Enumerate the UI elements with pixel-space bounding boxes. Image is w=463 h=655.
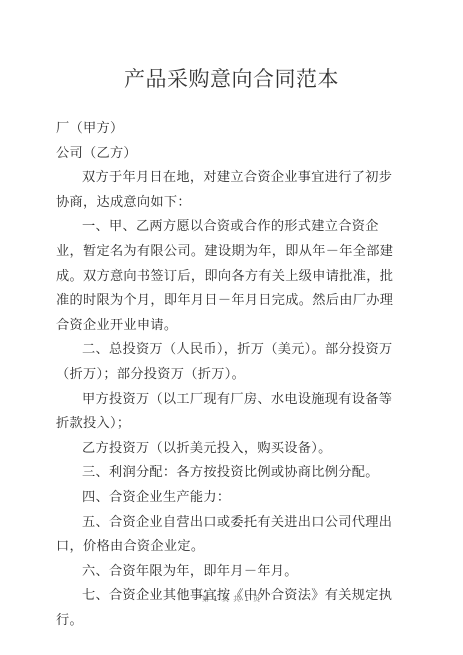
party-a-line: 厂（甲方）	[56, 117, 396, 142]
party-b-line: 公司（乙方）	[56, 142, 396, 167]
document-body: 厂（甲方） 公司（乙方） 双方于年月日在地，对建立合资企业事宜进行了初步协商，达…	[56, 117, 396, 633]
clause-7: 七、合资企业其他事宜按《中外合资法》有关规定执行。	[56, 584, 396, 633]
intro-paragraph: 双方于年月日在地，对建立合资企业事宜进行了初步协商，达成意向如下：	[56, 166, 396, 215]
clause-2: 二、总投资万（人民币），折万（美元）。部分投资万（折万）；部分投资万（折万）。	[56, 338, 396, 387]
document-title: 产品采购意向合同范本	[0, 63, 463, 93]
clause-6: 六、合资年限为年，即年月－年月。	[56, 560, 396, 585]
clause-5: 五、合资企业自营出口或委托有关进出口公司代理出口，价格由合资企业定。	[56, 511, 396, 560]
clause-2-party-a: 甲方投资万（以工厂现有厂房、水电设施现有设备等折款投入）；	[56, 388, 396, 437]
clause-1: 一、甲、乙两方愿以合资或合作的形式建立合资企业，暂定名为有限公司。建设期为年，即…	[56, 215, 396, 338]
clause-2-party-b: 乙方投资万（以折美元投入，购买设备）。	[56, 437, 396, 462]
clause-3: 三、利润分配：各方按投资比例或协商比例分配。	[56, 461, 396, 486]
page-number-footer: 第 1 页 共 1 页	[0, 594, 463, 604]
clause-4: 四、合资企业生产能力：	[56, 486, 396, 511]
